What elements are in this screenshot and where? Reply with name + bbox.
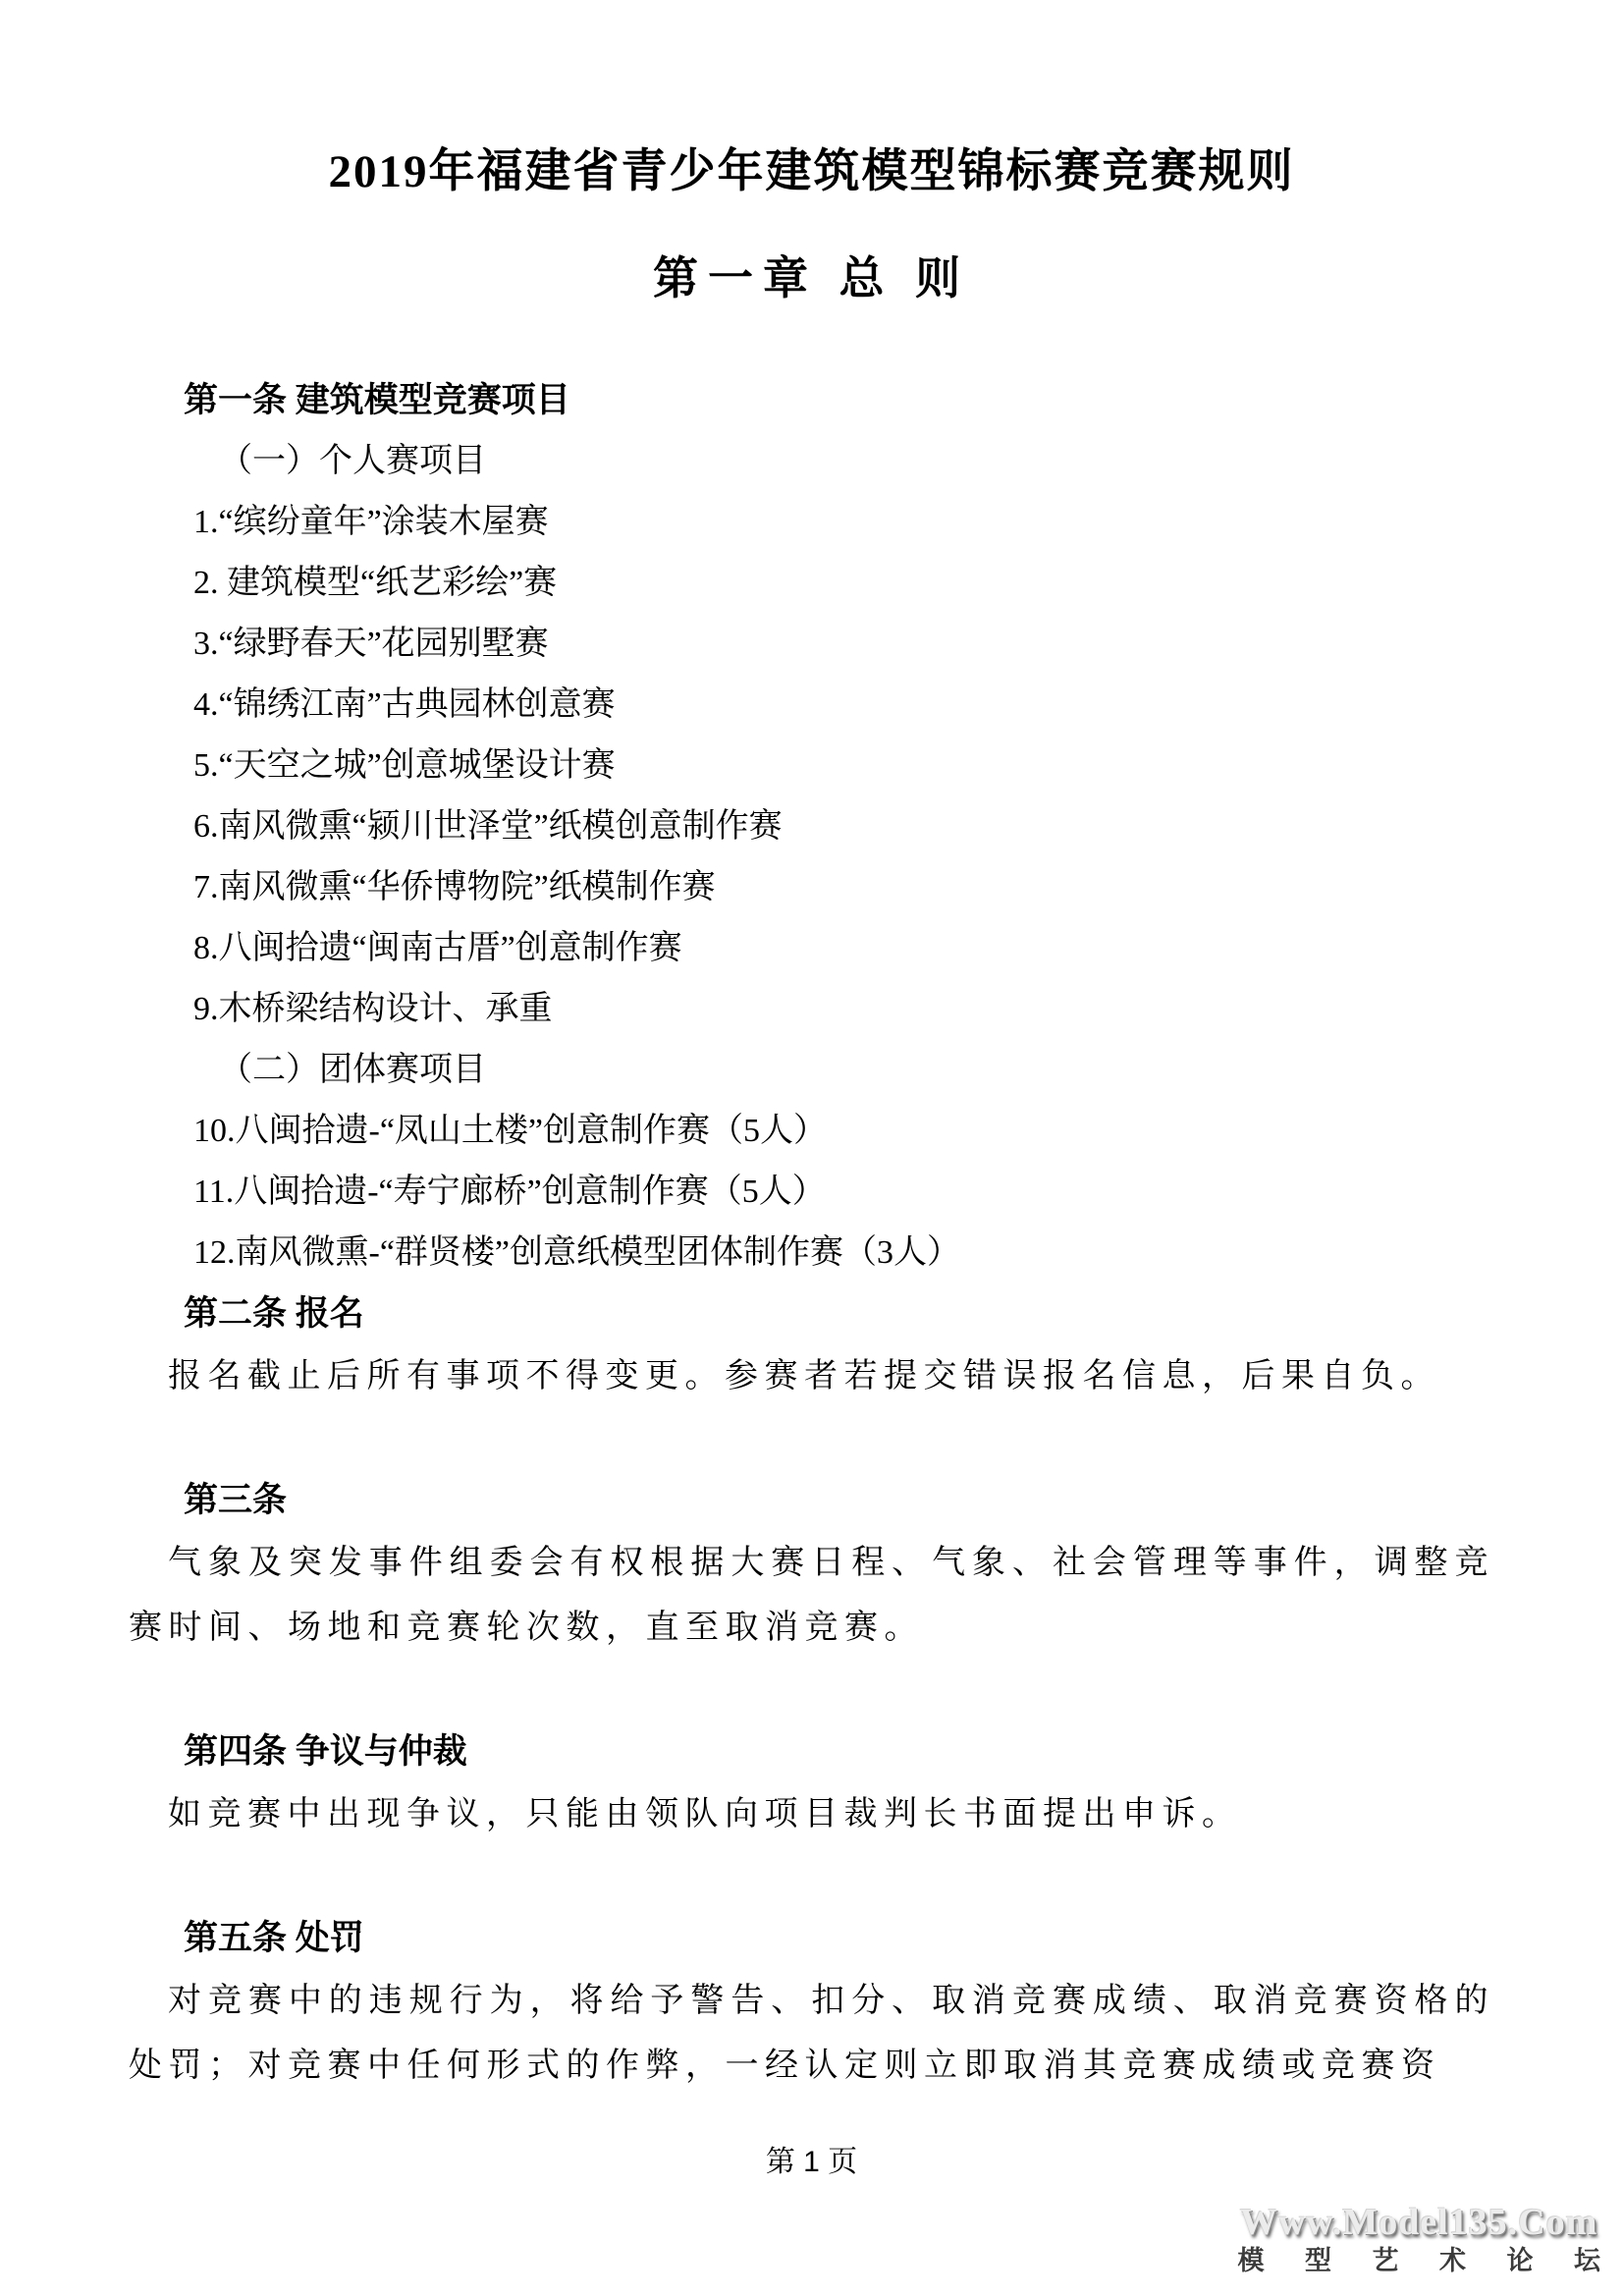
list-item-5: 5.“天空之城”创意城堡设计赛 bbox=[129, 736, 1494, 796]
article1-heading: 第一条 建筑模型竞赛项目 bbox=[129, 370, 1494, 431]
list-item-6: 6.南风微熏“颍川世泽堂”纸模创意制作赛 bbox=[129, 796, 1494, 857]
article4-body: 如竞赛中出现争议，只能由领队向项目裁判长书面提出申诉。 bbox=[129, 1782, 1494, 1847]
article5-heading: 第五条 处罚 bbox=[129, 1908, 1494, 1969]
watermark: Www.Model135.Com 模 型 艺 术 论 坛 bbox=[1220, 2204, 1617, 2274]
document-title: 2019年福建省青少年建筑模型锦标赛竞赛规则 bbox=[129, 145, 1494, 198]
group-team-label: （二）团体赛项目 bbox=[129, 1040, 1494, 1101]
article3-body: 气象及突发事件组委会有权根据大赛日程、气象、社会管理等事件，调整竞赛时间、场地和… bbox=[129, 1531, 1494, 1661]
list-item-2: 2. 建筑模型“纸艺彩绘”赛 bbox=[129, 553, 1494, 614]
document-page: 2019年福建省青少年建筑模型锦标赛竞赛规则 第一章 总 则 第一条 建筑模型竞… bbox=[0, 0, 1623, 2296]
article4-heading: 第四条 争议与仲裁 bbox=[129, 1722, 1494, 1782]
list-item-3: 3.“绿野春天”花园别墅赛 bbox=[129, 614, 1494, 675]
group-individual-label: （一）个人赛项目 bbox=[129, 431, 1494, 492]
list-item-7: 7.南风微熏“华侨博物院”纸模制作赛 bbox=[129, 857, 1494, 918]
watermark-forum-text: 模 型 艺 术 论 坛 bbox=[1220, 2248, 1617, 2274]
article3-heading: 第三条 bbox=[129, 1470, 1494, 1531]
list-item-10: 10.八闽拾遗-“凤山土楼”创意制作赛（5人） bbox=[129, 1101, 1494, 1162]
list-item-11: 11.八闽拾遗-“寿宁廊桥”创意制作赛（5人） bbox=[129, 1162, 1494, 1223]
list-item-12: 12.南风微熏-“群贤楼”创意纸模型团体制作赛（3人） bbox=[129, 1223, 1494, 1284]
list-item-8: 8.八闽拾遗“闽南古厝”创意制作赛 bbox=[129, 918, 1494, 979]
list-item-4: 4.“锦绣江南”古典园林创意赛 bbox=[129, 675, 1494, 736]
article5-body: 对竞赛中的违规行为，将给予警告、扣分、取消竞赛成绩、取消竞赛资格的处罚；对竞赛中… bbox=[129, 1969, 1494, 2099]
list-item-1: 1.“缤纷童年”涂装木屋赛 bbox=[129, 492, 1494, 553]
article2-heading: 第二条 报名 bbox=[129, 1284, 1494, 1344]
list-item-9: 9.木桥梁结构设计、承重 bbox=[129, 979, 1494, 1040]
chapter-heading: 第一章 总 则 bbox=[129, 253, 1494, 305]
document-content: 2019年福建省青少年建筑模型锦标赛竞赛规则 第一章 总 则 第一条 建筑模型竞… bbox=[129, 0, 1494, 2099]
article2-body: 报名截止后所有事项不得变更。参赛者若提交错误报名信息，后果自负。 bbox=[129, 1344, 1494, 1409]
page-number: 第 1 页 bbox=[0, 2137, 1623, 2180]
watermark-site-text: Www.Model135.Com bbox=[1220, 2204, 1617, 2241]
